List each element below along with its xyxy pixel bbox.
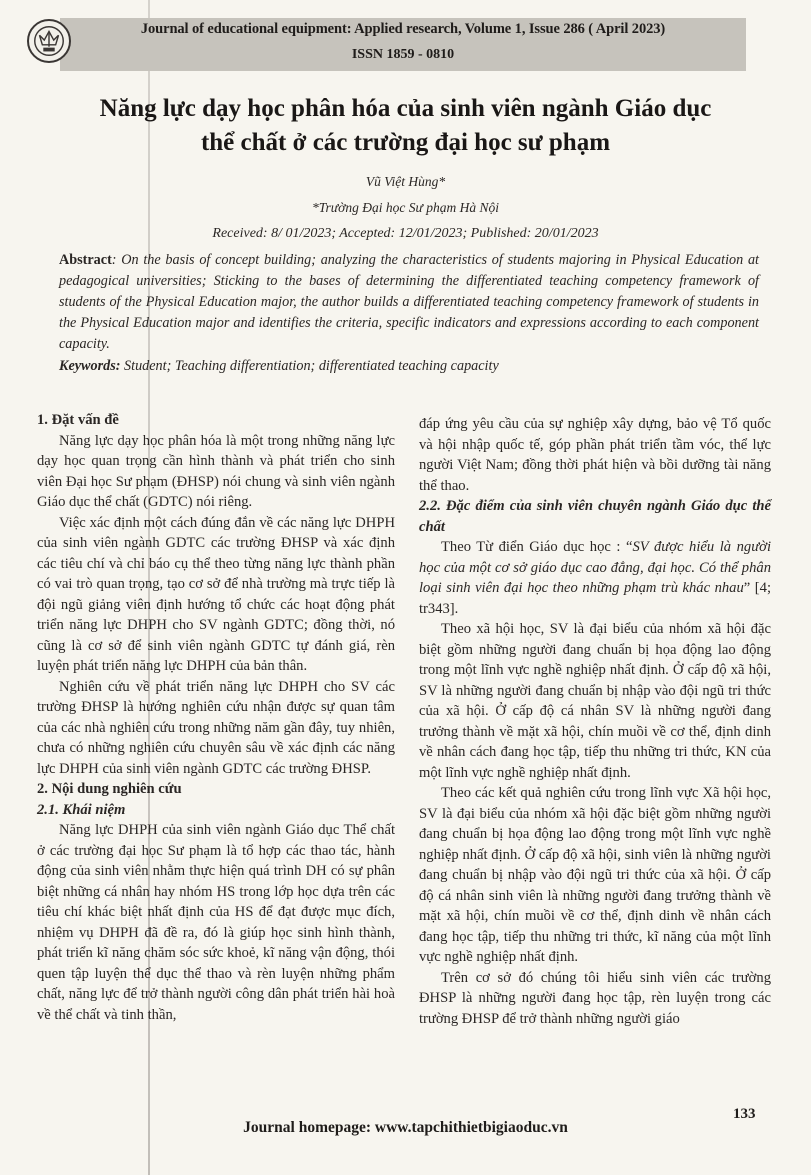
paragraph: đáp ứng yêu cầu của sự nghiệp xây dựng, … [419, 414, 771, 496]
section-heading-2: 2. Nội dung nghiên cứu [37, 779, 395, 800]
paragraph: Năng lực DHPH của sinh viên ngành Giáo d… [37, 820, 395, 1025]
paragraph: Năng lực dạy học phân hóa là một trong n… [37, 431, 395, 513]
author-affiliation: *Trường Đại học Sư phạm Hà Nội [0, 200, 811, 216]
paragraph: Theo xã hội học, SV là đại biểu của nhóm… [419, 619, 771, 783]
abstract-label: Abstract [59, 252, 112, 268]
paragraph-quote: Theo Từ điển Giáo dục học : “SV được hiể… [419, 537, 771, 619]
publication-dates: Received: 8/ 01/2023; Accepted: 12/01/20… [0, 226, 811, 242]
subsection-heading-2-2: 2.2. Đặc điểm của sinh viên chuyên ngành… [419, 496, 771, 537]
abstract-text: : On the basis of concept building; anal… [59, 252, 759, 352]
journal-homepage-footer: Journal homepage: www.tapchithietbigiaod… [0, 1119, 811, 1137]
article-title: Năng lực dạy học phân hóa của sinh viên … [30, 92, 781, 160]
quote-lead: Theo Từ điển Giáo dục học : “ [441, 539, 633, 555]
subsection-heading-2-1: 2.1. Khái niệm [37, 800, 395, 821]
keywords-label: Keywords: [59, 358, 120, 374]
title-line-2: thể chất ở các trường đại học sư phạm [30, 126, 781, 160]
title-line-1: Năng lực dạy học phân hóa của sinh viên … [30, 92, 781, 126]
author-name: Vũ Việt Hùng* [0, 174, 811, 190]
abstract: Abstract: On the basis of concept buildi… [59, 250, 759, 355]
body-column-right: đáp ứng yêu cầu của sự nghiệp xây dựng, … [419, 414, 771, 1029]
page-number: 133 [733, 1106, 756, 1123]
body-column-left: 1. Đặt vấn đề Năng lực dạy học phân hóa … [37, 410, 395, 1025]
paragraph: Theo các kết quả nghiên cứu trong lĩnh v… [419, 783, 771, 968]
keywords: Keywords: Student; Teaching differentiat… [59, 356, 759, 377]
journal-citation: Journal of educational equipment: Applie… [60, 21, 746, 38]
keywords-text: Student; Teaching differentiation; diffe… [120, 358, 498, 374]
paragraph: Trên cơ sở đó chúng tôi hiểu sinh viên c… [419, 968, 771, 1030]
paragraph: Việc xác định một cách đúng đắn về các n… [37, 513, 395, 677]
section-heading-1: 1. Đặt vấn đề [37, 410, 395, 431]
paragraph: Nghiên cứu về phát triển năng lực DHPH c… [37, 677, 395, 780]
issn: ISSN 1859 - 0810 [60, 47, 746, 63]
